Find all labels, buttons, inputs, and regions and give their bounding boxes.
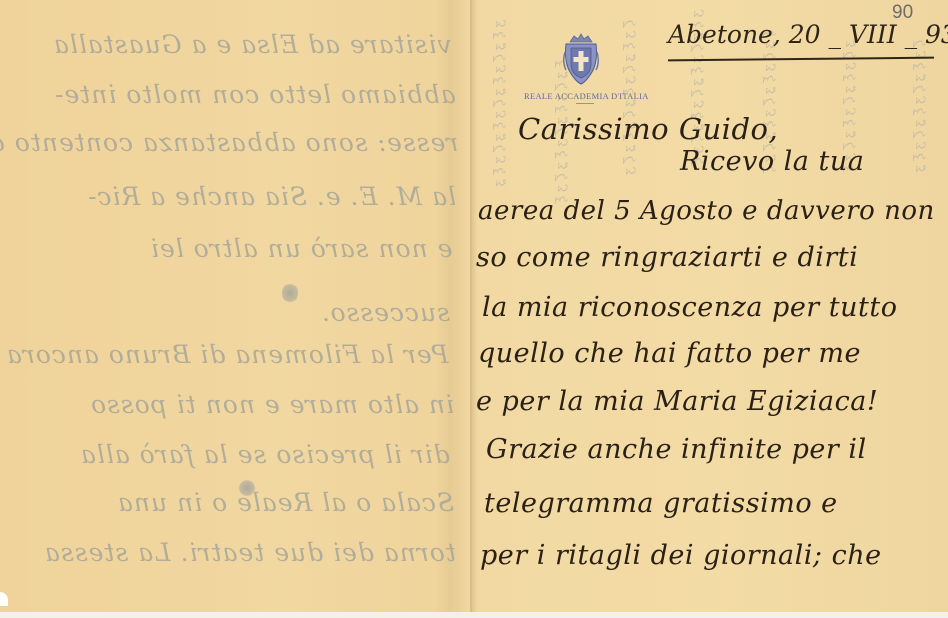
bleed-line: successo. <box>321 298 450 327</box>
bleed-column: ζ ʒ ξ ʓ ζ ʒ ξ ʓ ζ ʒ ξ ʓ <box>912 40 927 580</box>
letter-line: Ricevo la tua <box>680 146 864 177</box>
letter-line: aerea del 5 Agosto e davvero non <box>478 196 935 226</box>
bleed-line: visitare ad Elsa e a Guastalla <box>53 30 452 59</box>
letterhead-institution: REALE ACCADEMIA D'ITALIA <box>524 91 648 101</box>
date-underline <box>668 57 934 62</box>
left-page: visitare ad Elsa e a Guastalla abbiamo l… <box>0 0 470 612</box>
scan-border <box>0 612 948 618</box>
crest-icon <box>562 32 600 86</box>
letterhead-rule <box>576 103 594 104</box>
bleed-line: resse: sono abbastanza contento che <box>0 128 458 157</box>
letter-sheet: visitare ad Elsa e a Guastalla abbiamo l… <box>0 0 948 612</box>
salutation: Carissimo Guido, <box>518 112 778 146</box>
bleed-line: torna dei due teatri. La stessa <box>44 538 456 567</box>
letter-line: per i ritagli dei giornali; che <box>480 540 882 571</box>
letter-line: so come ringraziarti e dirti <box>476 242 858 273</box>
bleed-line: dir il preciso se la farò alla <box>80 440 450 469</box>
bleed-line: in alto mare e non ti posso <box>90 390 454 419</box>
letter-line: Grazie anche infinite per il <box>486 434 867 465</box>
letter-line: la mia riconoscenza per tutto <box>482 292 898 323</box>
bleed-line: la M. E. e. Sia anche a Ric- <box>87 182 456 211</box>
letter-line: e per la mia Maria Egiziaca! <box>476 386 878 417</box>
bleed-line: abbiamo letto con molto inte- <box>54 80 456 109</box>
letter-line: quello che hai fatto per me <box>478 338 861 369</box>
letter-date: Abetone, 20 _ VIII _ 933 <box>668 20 938 49</box>
smudge-mark <box>282 282 298 304</box>
bleed-line: Per la Filomena di Bruno ancora <box>6 340 448 369</box>
right-page: ʒ ξ ʓ ζ ʒ ξ ʓ ζ ʒ ξ ʓ ζ ʒ ξ ʓ ξ ʓ ζ ʒ ξ … <box>472 0 948 612</box>
bleed-line: e non sarò un altro lei <box>150 234 452 263</box>
torn-corner <box>0 592 8 606</box>
letter-line: telegramma gratissimo e <box>484 488 838 519</box>
bleed-line: Scala o al Reale o in una <box>117 488 454 517</box>
smudge-mark <box>238 480 256 496</box>
